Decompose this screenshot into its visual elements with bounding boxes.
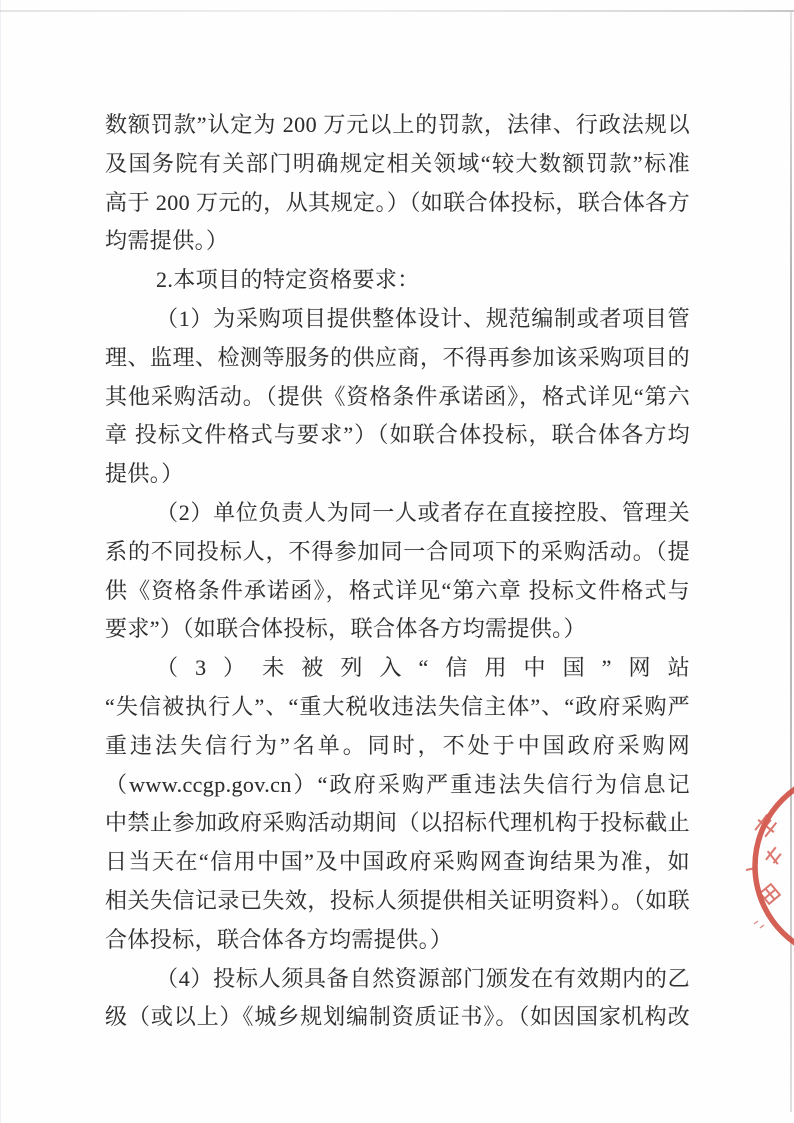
text-line: 级（或以上）《城乡规划编制资质证书》。（如因国家机构改	[105, 998, 690, 1037]
text-line: 中禁止参加政府采购活动期间（以招标代理机构于投标截止	[105, 804, 690, 843]
text-line: 数额罚款”认定为 200 万元以上的罚款，法律、行政法规以	[105, 106, 690, 145]
text-line: 高于 200 万元的，从其规定。）（如联合体投标，联合体各方	[105, 184, 690, 223]
text-line: （3）未被列入“信用中国”网站（www.creditchina.gov.cn）	[105, 649, 690, 688]
text-line: （1）为采购项目提供整体设计、规范编制或者项目管	[105, 300, 690, 339]
seal-arc-icon	[744, 778, 794, 956]
text-line: 相关失信记录已失效，投标人须提供相关证明资料）。（如联	[105, 882, 690, 921]
official-seal-partial	[744, 778, 794, 956]
text-line: 重违法失信行为”名单。同时，不处于中国政府采购网	[105, 727, 690, 766]
text-line: 日当天在“信用中国”及中国政府采购网查询结果为准，如	[105, 843, 690, 882]
scan-edge-top	[0, 10, 794, 12]
text-line: 要求”）（如联合体投标，联合体各方均需提供。）	[105, 610, 690, 649]
text-line: 理、监理、检测等服务的供应商，不得再参加该采购项目的	[105, 339, 690, 378]
text-line: 均需提供。）	[105, 222, 690, 261]
text-line: 合体投标，联合体各方均需提供。）	[105, 921, 690, 960]
text-line: “失信被执行人”、“重大税收违法失信主体”、“政府采购严	[105, 688, 690, 727]
scan-edge-left	[0, 0, 1, 1123]
text-line: 2.本项目的特定资格要求：	[105, 261, 690, 300]
text-line: 提供。）	[105, 455, 690, 494]
text-line: 系的不同投标人，不得参加同一合同项下的采购活动。（提	[105, 533, 690, 572]
text-line: （2）单位负责人为同一人或者存在直接控股、管理关	[105, 494, 690, 533]
body-text: 数额罚款”认定为 200 万元以上的罚款，法律、行政法规以 及国务院有关部门明确…	[105, 106, 690, 1037]
text-line: （4）投标人须具备自然资源部门颁发在有效期内的乙	[105, 960, 690, 999]
text-line: （www.ccgp.gov.cn）“政府采购严重违法失信行为信息记录”	[105, 766, 690, 805]
text-line: 其他采购活动。（提供《资格条件承诺函》，格式详见“第六	[105, 378, 690, 417]
text-line: 及国务院有关部门明确规定相关领域“较大数额罚款”标准	[105, 145, 690, 184]
text-line: 供《资格条件承诺函》，格式详见“第六章 投标文件格式与	[105, 572, 690, 611]
text-line: 章 投标文件格式与要求”）（如联合体投标，联合体各方均需	[105, 416, 690, 455]
document-page: 数额罚款”认定为 200 万元以上的罚款，法律、行政法规以 及国务院有关部门明确…	[0, 0, 794, 1123]
